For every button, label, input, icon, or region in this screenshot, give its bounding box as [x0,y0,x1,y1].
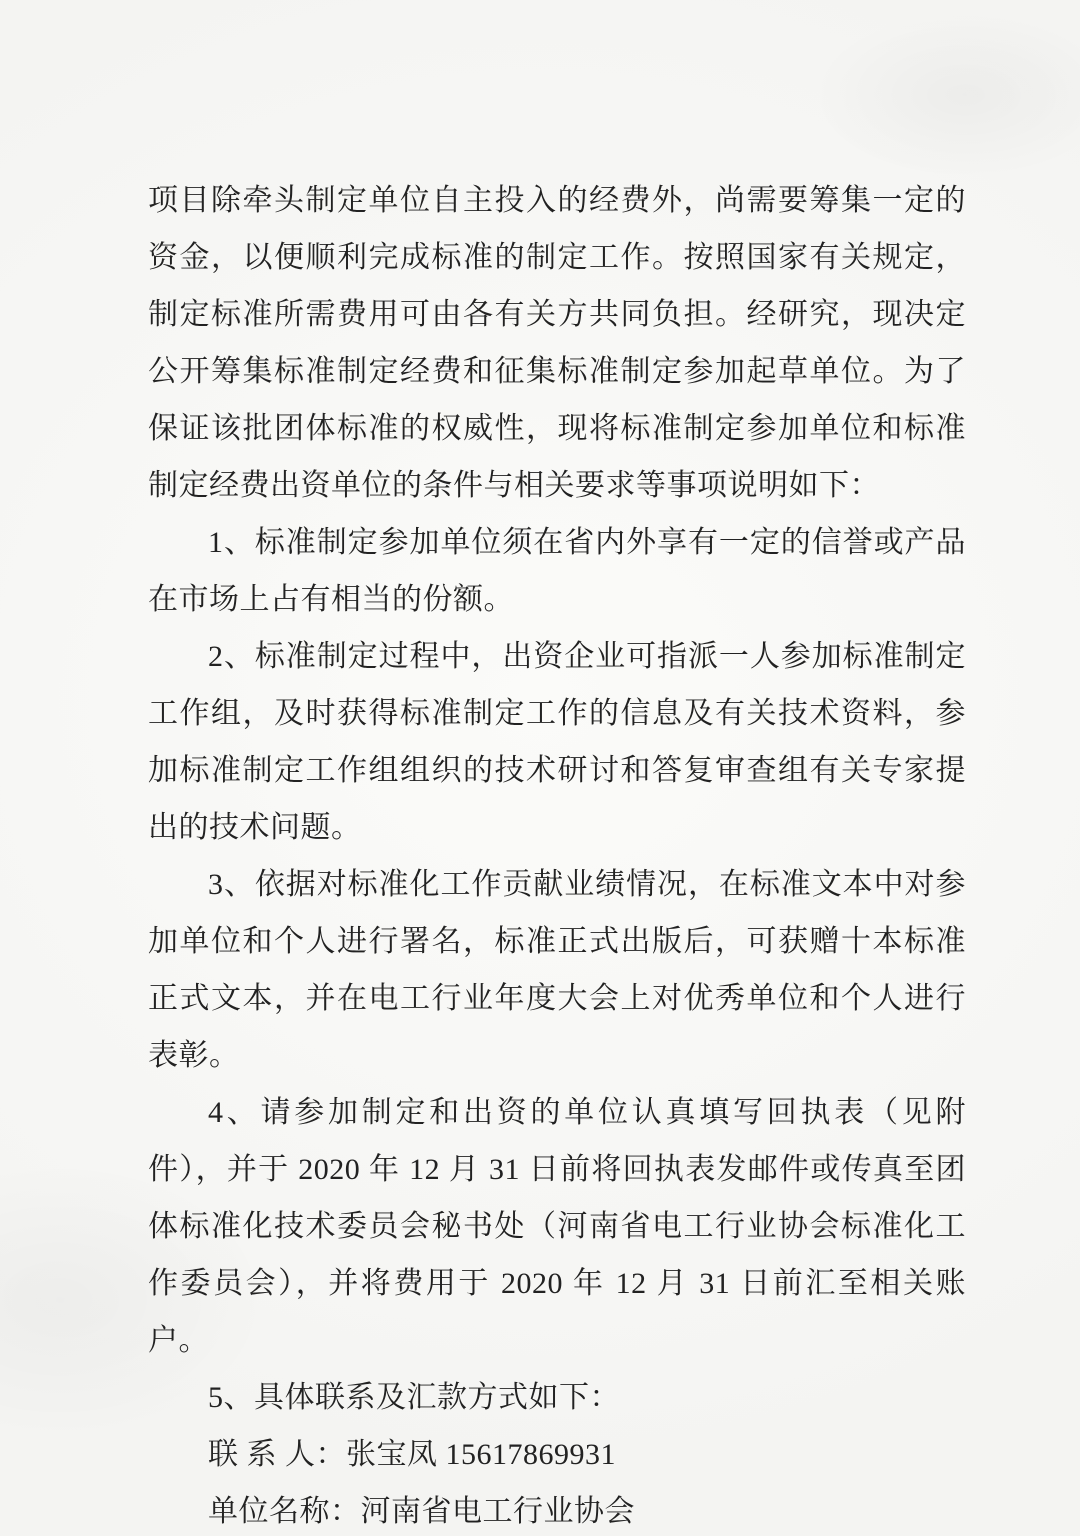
paragraph-item-5: 5、具体联系及汇款方式如下： [148,1369,966,1426]
contact-space [438,1438,446,1471]
contact-person-name: 张宝凤 [346,1438,438,1471]
paragraph-item-2: 2、标准制定过程中，出资企业可指派一人参加标准制定工作组，及时获得标准制定工作的… [148,628,966,856]
contact-org-label: 单位名称： [208,1495,361,1528]
paragraph-item-1: 1、标准制定参加单位须在省内外享有一定的信誉或产品在市场上占有相当的份额。 [148,514,966,628]
paragraph-item-4: 4、请参加制定和出资的单位认真填写回执表（见附件），并于 2020 年 12 月… [148,1084,966,1369]
contact-person-label: 联 系 人： [208,1438,346,1471]
paragraph-item-3: 3、依据对标准化工作贡献业绩情况，在标准文本中对参加单位和个人进行署名，标准正式… [148,856,966,1084]
scanned-document-page: 项目除牵头制定单位自主投入的经费外，尚需要筹集一定的资金，以便顺利完成标准的制定… [0,0,1080,1536]
document-body: 项目除牵头制定单位自主投入的经费外，尚需要筹集一定的资金，以便顺利完成标准的制定… [148,172,966,1536]
contact-org-line: 单位名称：河南省电工行业协会 [148,1483,966,1536]
contact-phone: 15617869931 [446,1438,617,1471]
contact-person-line: 联 系 人：张宝凤 15617869931 [148,1426,966,1483]
contact-org-name: 河南省电工行业协会 [361,1495,636,1528]
paragraph-intro: 项目除牵头制定单位自主投入的经费外，尚需要筹集一定的资金，以便顺利完成标准的制定… [148,172,966,514]
